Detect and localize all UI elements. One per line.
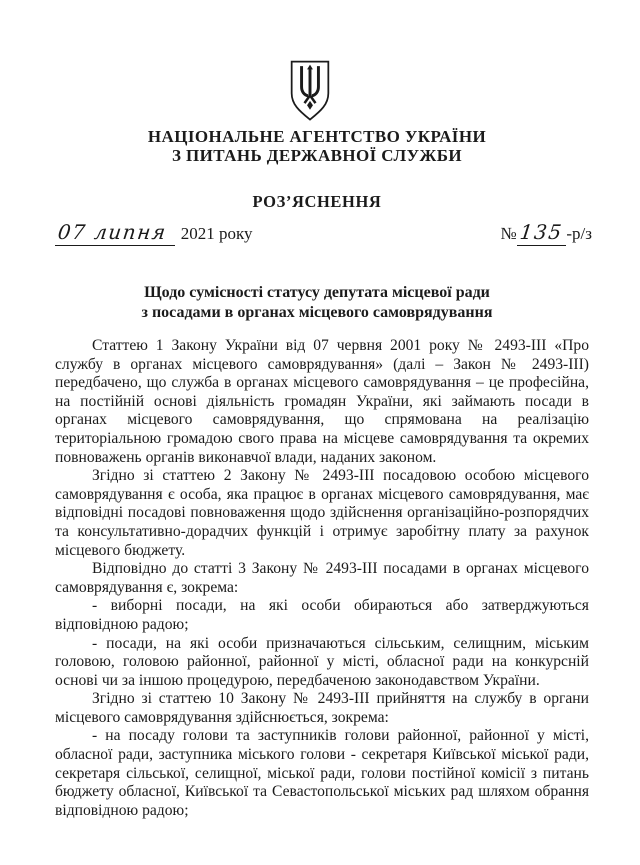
number-suffix: -р/з	[566, 224, 592, 243]
body-paragraph: - посади, на які особи призначаються сіл…	[55, 635, 589, 691]
document-body: Статтею 1 Закону України від 07 червня 2…	[55, 337, 589, 820]
subject-title-line2: з посадами в органах місцевого самовряду…	[0, 303, 634, 323]
body-paragraph: Згідно зі статтею 2 Закону № 2493-III по…	[55, 467, 589, 560]
handwritten-number: 135	[518, 220, 564, 244]
printed-year: 2021 року	[181, 224, 253, 243]
agency-name: НАЦІОНАЛЬНЕ АГЕНТСТВО УКРАЇНИ З ПИТАНЬ Д…	[0, 127, 634, 165]
agency-name-line2: З ПИТАНЬ ДЕРЖАВНОЇ СЛУЖБИ	[0, 146, 634, 165]
body-paragraph: - на посаду голови та заступників голови…	[55, 727, 589, 820]
number-sign: №	[500, 224, 516, 243]
subject-title: Щодо сумісності статусу депутата місцево…	[0, 283, 634, 322]
date-underline: 07 липня	[55, 220, 175, 246]
subject-title-line1: Щодо сумісності статусу депутата місцево…	[0, 283, 634, 303]
document-page: НАЦІОНАЛЬНЕ АГЕНТСТВО УКРАЇНИ З ПИТАНЬ Д…	[0, 0, 640, 865]
handwritten-date: 07 липня	[57, 220, 169, 244]
body-paragraph: Статтею 1 Закону України від 07 червня 2…	[55, 337, 589, 467]
body-paragraph: Відповідно до статті 3 Закону № 2493-III…	[55, 560, 589, 597]
date-number-row: 07 липня2021 року №135-р/з	[55, 220, 592, 246]
agency-name-line1: НАЦІОНАЛЬНЕ АГЕНТСТВО УКРАЇНИ	[0, 127, 634, 146]
document-type-heading: РОЗ’ЯСНЕННЯ	[0, 192, 634, 212]
ukraine-trident-emblem-icon	[288, 58, 332, 124]
body-paragraph: - виборні посади, на які особи обираютьс…	[55, 597, 589, 634]
document-date: 07 липня2021 року	[55, 220, 253, 246]
number-underline: 135	[517, 220, 567, 246]
body-paragraph: Згідно зі статтею 10 Закону № 2493-III п…	[55, 690, 589, 727]
document-number: №135-р/з	[500, 220, 592, 246]
